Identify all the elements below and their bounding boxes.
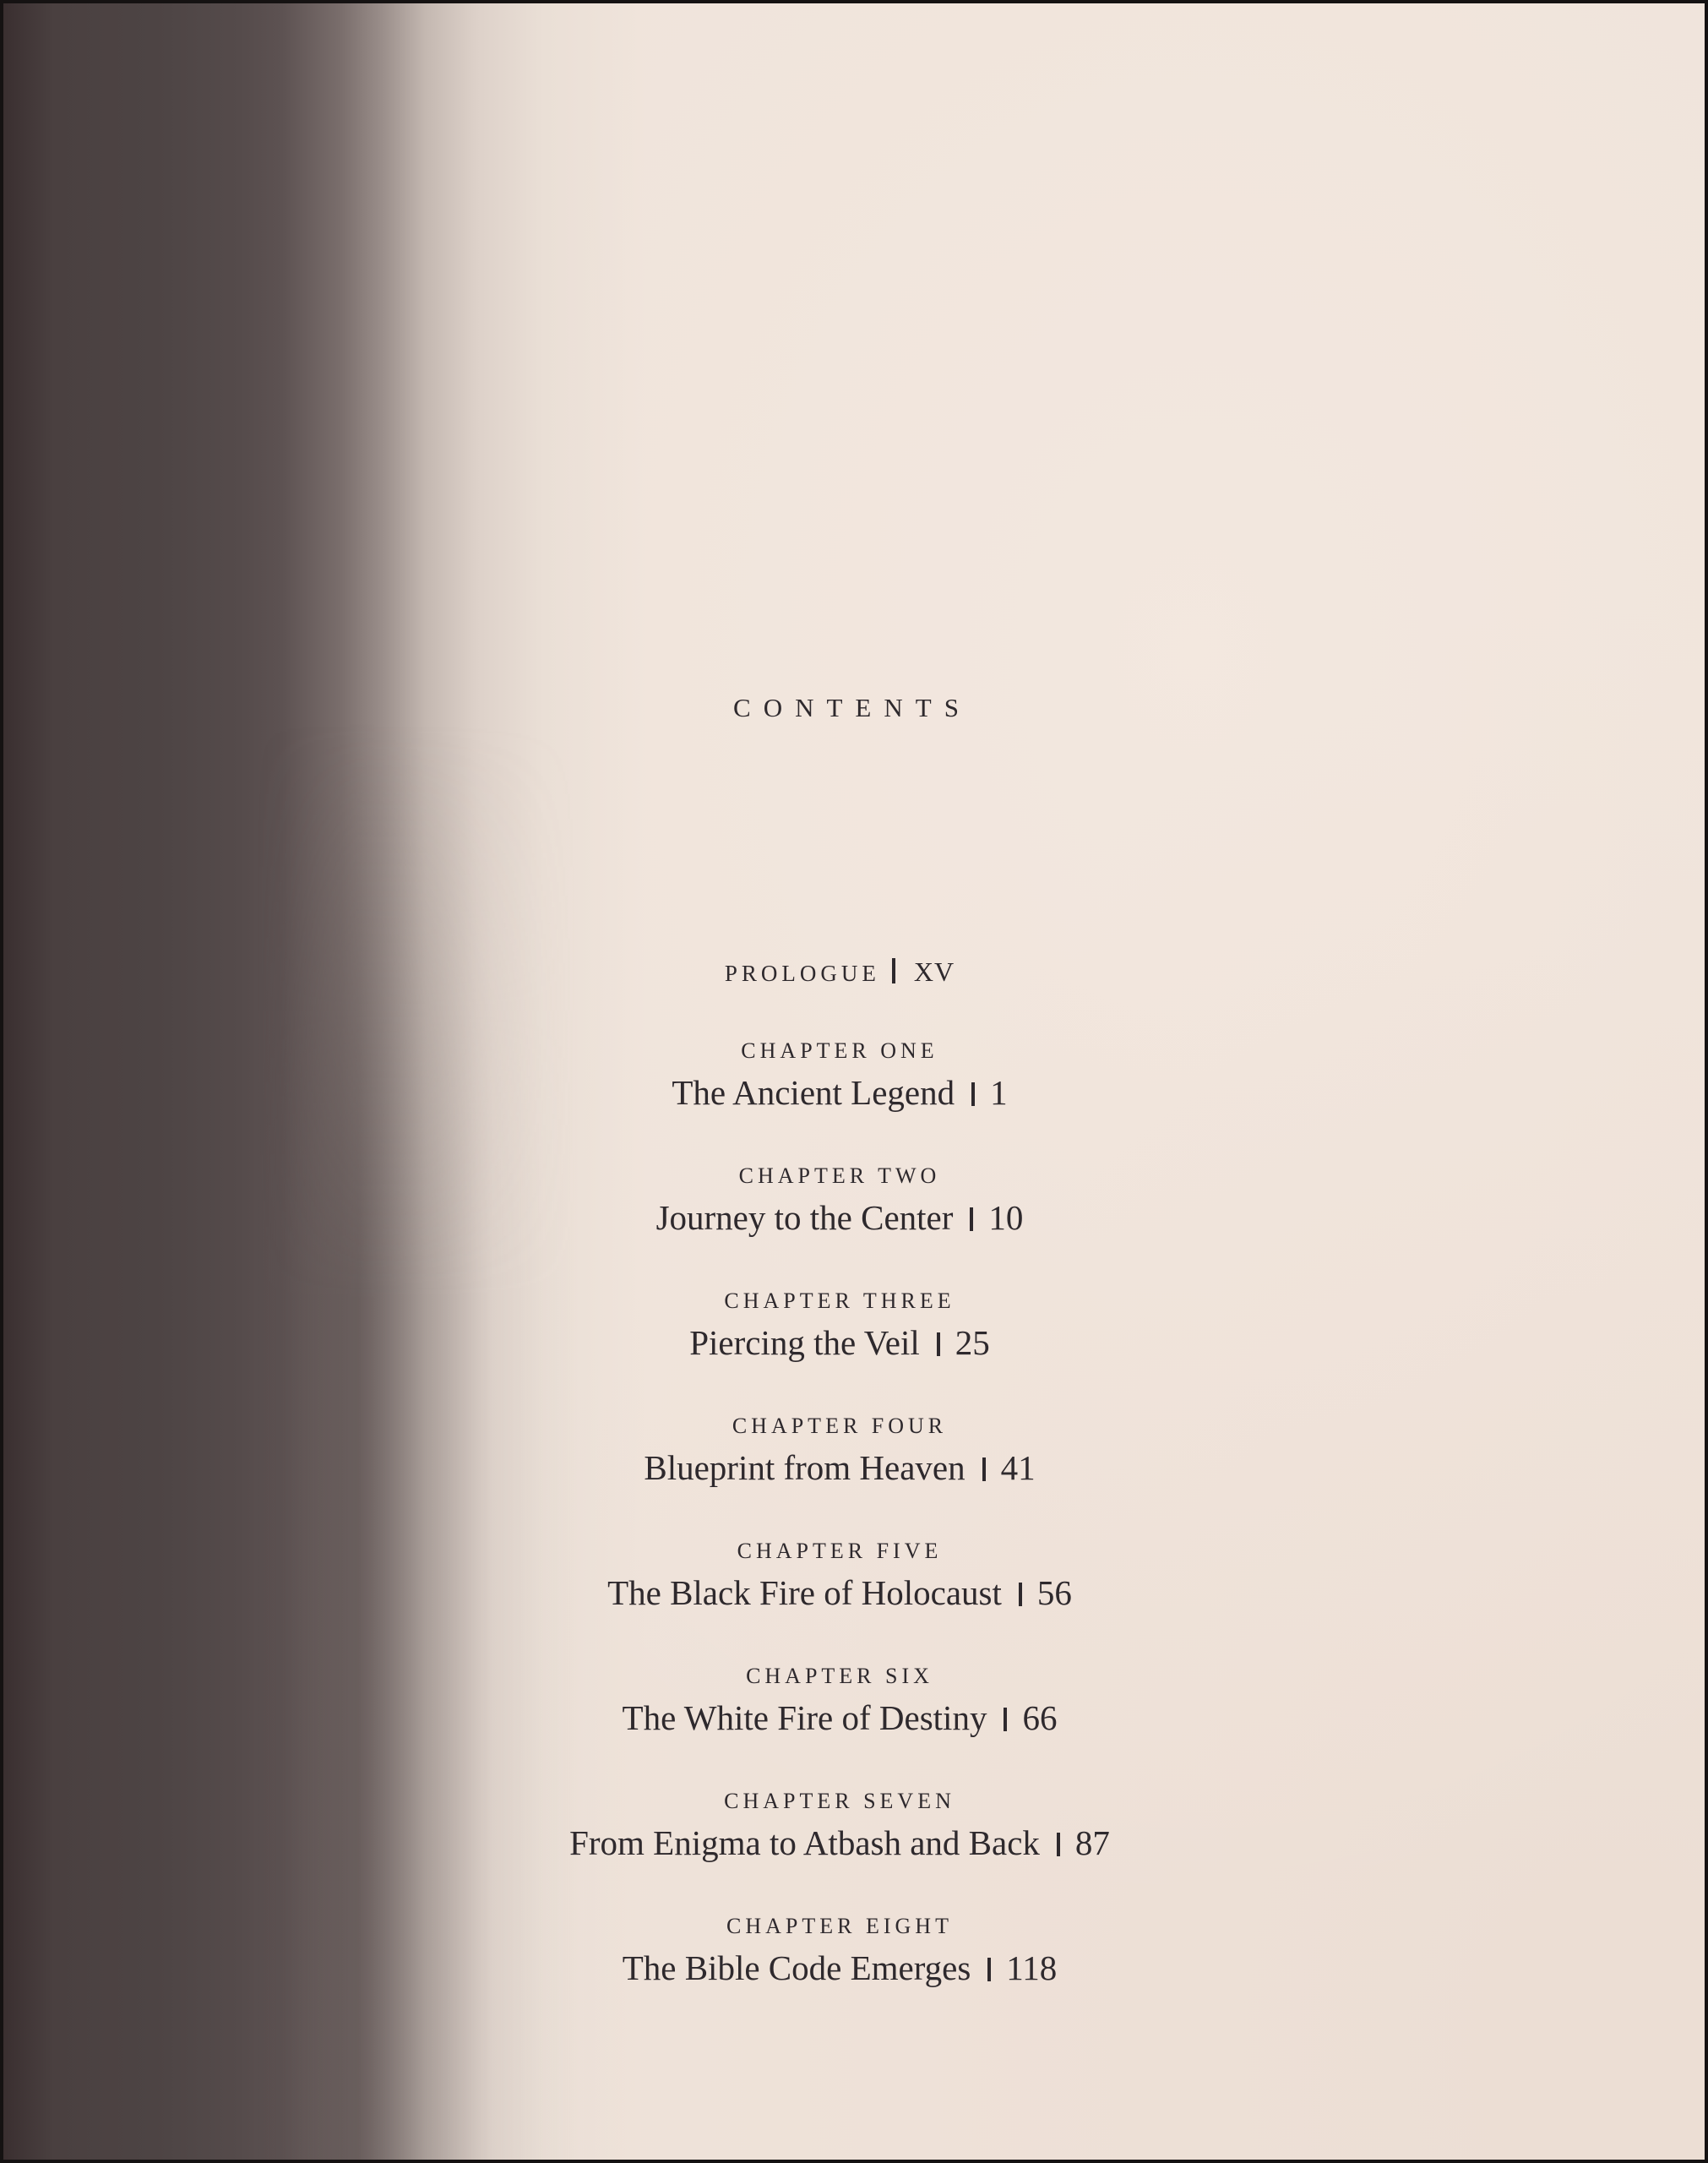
chapter-title-line: Blueprint from Heaven41 [417,1445,1262,1490]
separator-bar [937,1332,940,1356]
chapter-title-line: Journey to the Center10 [417,1195,1262,1240]
toc-entry-chapter: CHAPTER TWO Journey to the Center10 [417,1161,1262,1240]
chapter-title: Blueprint from Heaven [644,1448,965,1487]
chapter-label: CHAPTER FOUR [417,1411,1262,1441]
toc-entry-chapter: CHAPTER EIGHT The Bible Code Emerges118 [417,1911,1262,1991]
separator-bar [1004,1708,1007,1731]
chapter-title: The Black Fire of Holocaust [607,1573,1002,1612]
separator-bar [1019,1583,1022,1606]
chapter-title-line: The Ancient Legend1 [417,1070,1262,1115]
prologue-label: PROLOGUE [725,961,880,986]
chapter-label: CHAPTER SEVEN [417,1786,1262,1817]
separator-bar [970,1207,973,1231]
chapter-label: CHAPTER THREE [417,1286,1262,1316]
chapter-page-number: 25 [955,1323,990,1362]
separator-bar [892,958,895,983]
chapter-title-line: The Black Fire of Holocaust56 [417,1570,1262,1615]
separator-bar [982,1457,986,1481]
chapter-label: CHAPTER ONE [417,1036,1262,1066]
chapter-title-line: Piercing the Veil25 [417,1320,1262,1365]
toc-entry-prologue: PROLOGUEXV [417,953,1262,993]
toc-entry-chapter: CHAPTER THREE Piercing the Veil25 [417,1286,1262,1365]
chapter-page-number: 10 [988,1198,1023,1237]
chapter-page-number: 66 [1022,1698,1057,1737]
chapter-label: CHAPTER SIX [417,1661,1262,1692]
prologue-page-number: XV [914,956,955,987]
chapter-title: Journey to the Center [656,1198,954,1237]
scanned-book-page: CONTENTS PROLOGUEXV CHAPTER ONE The Anci… [0,0,1708,2163]
chapter-page-number: 56 [1037,1573,1072,1612]
toc-entry-chapter: CHAPTER SEVEN From Enigma to Atbash and … [417,1786,1262,1866]
chapter-title: The Bible Code Emerges [623,1948,971,1987]
chapter-title-line: From Enigma to Atbash and Back87 [417,1820,1262,1866]
chapter-page-number: 87 [1075,1823,1110,1862]
chapter-title: The White Fire of Destiny [623,1698,987,1737]
separator-bar [987,1958,991,1981]
chapter-page-number: 1 [990,1073,1008,1112]
chapter-title-line: The White Fire of Destiny66 [417,1695,1262,1741]
chapter-title-line: The Bible Code Emerges118 [417,1945,1262,1991]
chapter-label: CHAPTER EIGHT [417,1911,1262,1942]
separator-bar [1057,1833,1060,1856]
toc-entry-chapter: CHAPTER FIVE The Black Fire of Holocaust… [417,1536,1262,1615]
toc-entry-chapter: CHAPTER ONE The Ancient Legend1 [417,1036,1262,1115]
chapter-page-number: 118 [1006,1948,1057,1987]
chapter-label: CHAPTER FIVE [417,1536,1262,1566]
chapter-title: From Enigma to Atbash and Back [569,1823,1040,1862]
chapter-label: CHAPTER TWO [417,1161,1262,1191]
chapter-page-number: 41 [1001,1448,1036,1487]
chapter-title: Piercing the Veil [689,1323,920,1362]
toc-entry-chapter: CHAPTER SIX The White Fire of Destiny66 [417,1661,1262,1741]
toc-entry-chapter: CHAPTER FOUR Blueprint from Heaven41 [417,1411,1262,1490]
page-title: CONTENTS [417,689,1275,727]
separator-bar [971,1082,975,1106]
chapter-title: The Ancient Legend [672,1073,955,1112]
